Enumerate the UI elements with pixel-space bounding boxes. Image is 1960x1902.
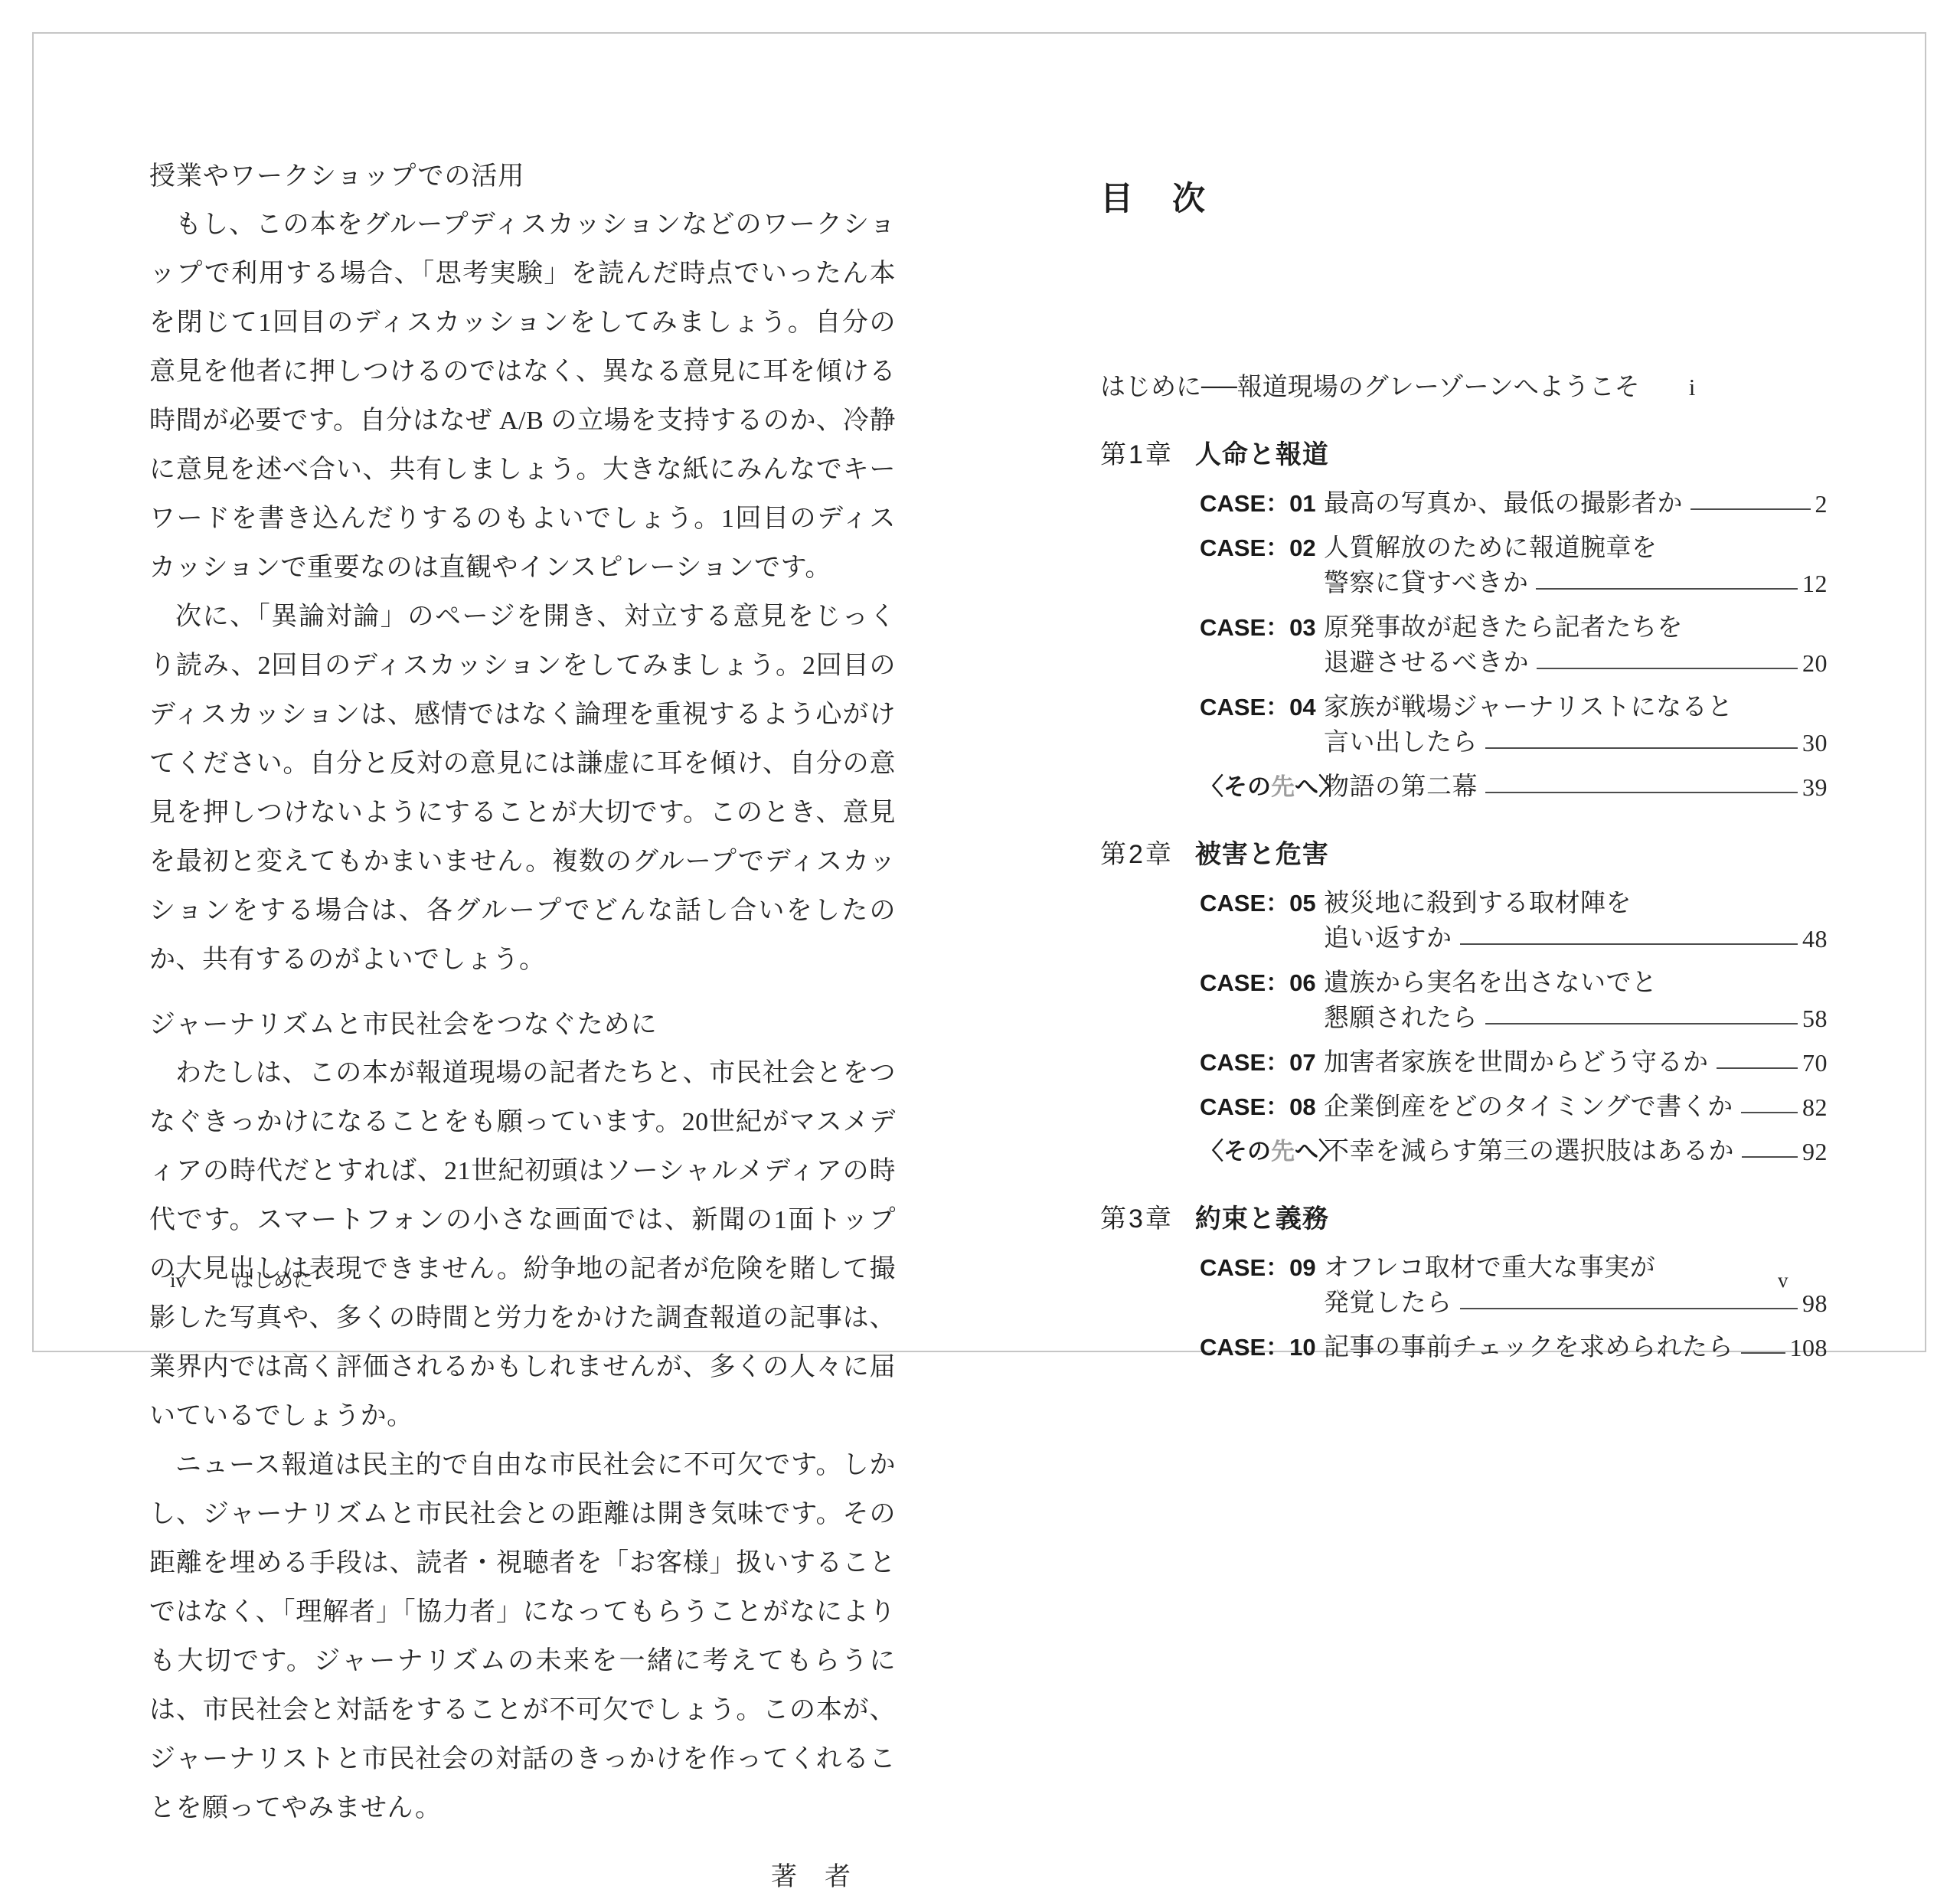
paragraph-workshop-2: 次に、「異論対論」のページを開き、対立する意見をじっくり読み、2回目のディスカッ… <box>149 593 896 985</box>
chapter-1-number: 第1章 <box>1100 436 1174 474</box>
paragraph-journalism-1: わたしは、この本が報道現場の記者たちと、市民社会とをつなぐきっかけになることをも… <box>149 1049 896 1386</box>
toc-entry-beyond-2: 〈その先へ〉 不幸を減らす第三の選択肢はあるか 92 <box>1100 1134 1828 1169</box>
toc-entry-case-03: CASE：03 原発事故が起きたら記者たちを 退避させるべきか 20 <box>1100 610 1828 681</box>
case-05-title-line1: 被災地に殺到する取材陣を <box>1324 890 1632 917</box>
case-06-title-line1: 遺族から実名を出さないでと <box>1324 969 1658 997</box>
toc-intro-row: はじめに──報道現場のグレーゾーンへようこそ i <box>1100 370 1828 405</box>
chapter-3-heading: 第3章 約束と義務 <box>1100 1200 1828 1238</box>
case-01-page-number: 2 <box>1815 486 1828 521</box>
case-01-body: 最高の写真か、最低の撮影者か 2 <box>1324 486 1828 521</box>
case-02-title-line1: 人質解放のために報道腕章を <box>1324 534 1658 562</box>
toc-chapter-3: 第3章 約束と義務 CASE：09 オフレコ取材で重大な事実が 発覚したら 98… <box>1100 1200 1828 1365</box>
left-page-number: iv <box>170 1269 186 1292</box>
toc-entry-beyond-1: 〈その先へ〉 物語の第二幕 39 <box>1100 770 1828 805</box>
beyond-2-label: 〈その先へ〉 <box>1200 1134 1324 1169</box>
leader-line <box>1741 1112 1798 1113</box>
case-09-title-line2: 発覚したら <box>1324 1286 1452 1321</box>
toc-entry-case-07: CASE：07 加害者家族を世間からどう守るか 70 <box>1100 1045 1828 1080</box>
chapter-2-heading: 第2章 被害と危害 <box>1100 835 1828 874</box>
case-08-label: CASE：08 <box>1200 1090 1324 1125</box>
toc-entry-case-04: CASE：04 家族が戦場ジャーナリストになると 言い出したら 30 <box>1100 690 1828 760</box>
case-10-page-number: 108 <box>1790 1330 1828 1365</box>
leader-line <box>1742 1156 1798 1158</box>
beyond-2-page-number: 92 <box>1802 1134 1828 1169</box>
case-02-page-number: 12 <box>1802 566 1828 601</box>
leader-line <box>1485 747 1798 749</box>
case-01-label: CASE：01 <box>1200 486 1324 521</box>
toc-intro-label: はじめに──報道現場のグレーゾーンへようこそ <box>1100 370 1640 405</box>
beyond-1-label: 〈その先へ〉 <box>1200 770 1324 805</box>
leader-line <box>1536 588 1798 590</box>
chapter-2-number: 第2章 <box>1100 835 1174 874</box>
case-04-title-line1: 家族が戦場ジャーナリストになると <box>1324 694 1733 721</box>
toc-entry-case-10: CASE：10 記事の事前チェックを求められたら 108 <box>1100 1330 1828 1365</box>
right-page-footer: v <box>1778 1268 1788 1293</box>
leader-line <box>1460 1308 1798 1309</box>
case-05-body: 被災地に殺到する取材陣を 追い返すか 48 <box>1324 886 1828 956</box>
case-04-body: 家族が戦場ジャーナリストになると 言い出したら 30 <box>1324 690 1828 760</box>
case-05-title-line2: 追い返すか <box>1324 921 1452 956</box>
case-05-page-number: 48 <box>1802 921 1828 956</box>
left-page: 授業やワークショップでの活用 もし、この本をグループディスカッションなどのワーク… <box>149 152 896 1386</box>
leader-line <box>1690 508 1811 510</box>
case-08-page-number: 82 <box>1802 1090 1828 1125</box>
case-10-body: 記事の事前チェックを求められたら 108 <box>1324 1330 1828 1365</box>
toc-entry-case-08: CASE：08 企業倒産をどのタイミングで書くか 82 <box>1100 1090 1828 1125</box>
toc-chapter-1: 第1章 人命と報道 CASE：01 最高の写真か、最低の撮影者か 2 CASE：… <box>1100 436 1828 805</box>
case-06-label: CASE：06 <box>1200 966 1324 1001</box>
left-page-footer: ivはじめに <box>170 1268 313 1293</box>
case-05-label: CASE：05 <box>1200 886 1324 921</box>
case-08-title: 企業倒産をどのタイミングで書くか <box>1324 1090 1733 1125</box>
case-03-title-line1: 原発事故が起きたら記者たちを <box>1324 614 1683 642</box>
case-07-title: 加害者家族を世間からどう守るか <box>1324 1045 1709 1080</box>
case-03-body: 原発事故が起きたら記者たちを 退避させるべきか 20 <box>1324 610 1828 681</box>
right-page-number: v <box>1778 1269 1788 1292</box>
case-04-title-line2: 言い出したら <box>1324 725 1478 760</box>
beyond-2-label-accent: 先 <box>1271 1138 1295 1165</box>
case-07-label: CASE：07 <box>1200 1045 1324 1080</box>
case-07-page-number: 70 <box>1802 1045 1828 1080</box>
beyond-1-title: 物語の第二幕 <box>1324 770 1478 805</box>
case-03-page-number: 20 <box>1802 645 1828 681</box>
right-page-toc: 目 次 はじめに──報道現場のグレーゾーンへようこそ i 第1章 人命と報道 C… <box>1100 173 1828 1374</box>
toc-entry-case-06: CASE：06 遺族から実名を出さないでと 懇願されたら 58 <box>1100 966 1828 1036</box>
beyond-2-body: 不幸を減らす第三の選択肢はあるか 92 <box>1324 1134 1828 1169</box>
case-10-label: CASE：10 <box>1200 1330 1324 1365</box>
chapter-3-number: 第3章 <box>1100 1200 1174 1238</box>
running-head-section: はじめに <box>234 1270 313 1292</box>
toc-entry-case-09: CASE：09 オフレコ取材で重大な事実が 発覚したら 98 <box>1100 1250 1828 1321</box>
case-07-body: 加害者家族を世間からどう守るか 70 <box>1324 1045 1828 1080</box>
leader-line <box>1537 668 1798 669</box>
case-08-body: 企業倒産をどのタイミングで書くか 82 <box>1324 1090 1828 1125</box>
chapter-1-heading: 第1章 人命と報道 <box>1100 436 1828 474</box>
case-02-label: CASE：02 <box>1200 531 1324 566</box>
case-03-title-line2: 退避させるべきか <box>1324 645 1529 681</box>
toc-entry-case-01: CASE：01 最高の写真か、最低の撮影者か 2 <box>1100 486 1828 521</box>
case-02-body: 人質解放のために報道腕章を 警察に貸すべきか 12 <box>1324 531 1828 601</box>
chapter-3-title: 約束と義務 <box>1195 1200 1329 1238</box>
case-04-page-number: 30 <box>1802 725 1828 760</box>
toc-entry-case-02: CASE：02 人質解放のために報道腕章を 警察に貸すべきか 12 <box>1100 531 1828 601</box>
leader-line <box>1741 1352 1785 1354</box>
beyond-2-label-pre: 〈その <box>1200 1138 1271 1165</box>
case-09-page-number: 98 <box>1802 1286 1828 1321</box>
leader-line <box>1485 1023 1798 1025</box>
paragraph-workshop-1: もし、この本をグループディスカッションなどのワークショップで利用する場合、「思考… <box>149 201 896 593</box>
case-06-body: 遺族から実名を出さないでと 懇願されたら 58 <box>1324 966 1828 1036</box>
case-09-label: CASE：09 <box>1200 1250 1324 1286</box>
case-03-label: CASE：03 <box>1200 610 1324 645</box>
case-04-label: CASE：04 <box>1200 690 1324 725</box>
beyond-1-label-accent: 先 <box>1271 773 1295 800</box>
section-heading-workshop: 授業やワークショップでの活用 <box>149 152 896 201</box>
case-06-title-line2: 懇願されたら <box>1324 1001 1478 1036</box>
toc-entry-case-05: CASE：05 被災地に殺到する取材陣を 追い返すか 48 <box>1100 886 1828 956</box>
beyond-2-title: 不幸を減らす第三の選択肢はあるか <box>1324 1134 1734 1169</box>
case-09-title-line1: オフレコ取材で重大な事実が <box>1324 1254 1655 1282</box>
leader-line <box>1460 943 1798 945</box>
chapter-1-title: 人命と報道 <box>1195 436 1329 474</box>
case-06-page-number: 58 <box>1802 1001 1828 1036</box>
beyond-1-page-number: 39 <box>1802 770 1828 805</box>
case-01-title: 最高の写真か、最低の撮影者か <box>1324 486 1683 521</box>
leader-line <box>1717 1067 1798 1069</box>
case-10-title: 記事の事前チェックを求められたら <box>1324 1330 1733 1365</box>
toc-chapter-2: 第2章 被害と危害 CASE：05 被災地に殺到する取材陣を 追い返すか 48 … <box>1100 835 1828 1169</box>
section-heading-journalism: ジャーナリズムと市民社会をつなぐために <box>149 1000 896 1049</box>
chapter-2-title: 被害と危害 <box>1195 835 1329 874</box>
case-02-title-line2: 警察に貸すべきか <box>1324 566 1528 601</box>
leader-line <box>1485 792 1798 793</box>
beyond-1-label-pre: 〈その <box>1200 773 1271 800</box>
beyond-1-body: 物語の第二幕 39 <box>1324 770 1828 805</box>
toc-intro-page-number: i <box>1689 370 1696 405</box>
toc-title: 目 次 <box>1100 173 1828 220</box>
case-09-body: オフレコ取材で重大な事実が 発覚したら 98 <box>1324 1250 1828 1321</box>
